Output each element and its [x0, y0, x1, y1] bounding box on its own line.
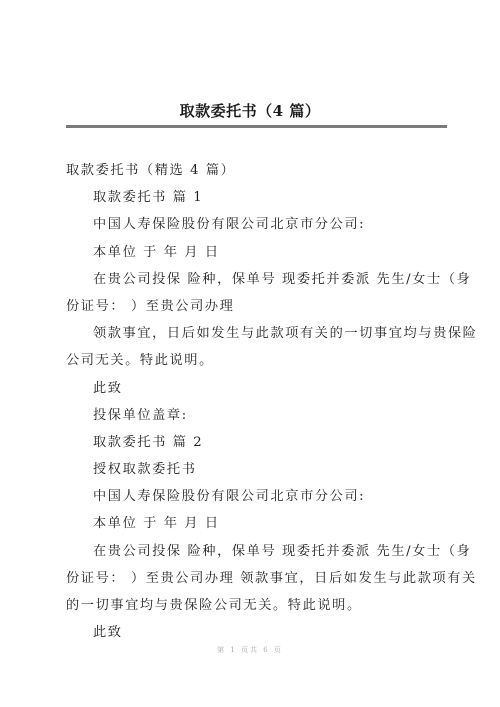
title-divider: [66, 125, 447, 128]
doc-line-8: 此致: [66, 375, 450, 402]
document-title: 取款委托书（4 篇）: [0, 100, 500, 121]
doc-line-0: 取款委托书（精选 4 篇）: [66, 157, 450, 184]
doc-line-16: 的一切事宜均与贵保险公司无关。特此说明。: [66, 592, 450, 619]
doc-line-11: 授权取款委托书: [66, 456, 450, 483]
doc-line-6: 领款事宜，日后如发生与此款项有关的一切事宜均与贵保险: [66, 320, 450, 347]
document-body: 取款委托书（精选 4 篇） 取款委托书 篇 1 中国人寿保险股份有限公司北京市分…: [66, 157, 450, 646]
doc-line-10: 取款委托书 篇 2: [66, 429, 450, 456]
doc-line-12: 中国人寿保险股份有限公司北京市分公司:: [66, 483, 450, 510]
doc-line-9: 投保单位盖章:: [66, 402, 450, 429]
document-page: 取款委托书（4 篇） 取款委托书（精选 4 篇） 取款委托书 篇 1 中国人寿保…: [0, 0, 500, 707]
doc-line-3: 本单位 于 年 月 日: [66, 239, 450, 266]
doc-line-4: 在贵公司投保 险种，保单号 现委托并委派 先生/女士（身: [66, 266, 450, 293]
doc-line-7: 公司无关。特此说明。: [66, 347, 450, 374]
doc-line-15: 份证号： ）至贵公司办理 领款事宜，日后如发生与此款项有关: [66, 565, 450, 592]
page-footer: 第 1 页共 6 页: [0, 645, 500, 655]
doc-line-13: 本单位 于 年 月 日: [66, 510, 450, 537]
doc-line-14: 在贵公司投保 险种，保单号 现委托并委派 先生/女士（身: [66, 538, 450, 565]
doc-line-5: 份证号： ）至贵公司办理: [66, 293, 450, 320]
doc-line-2: 中国人寿保险股份有限公司北京市分公司:: [66, 211, 450, 238]
doc-line-1: 取款委托书 篇 1: [66, 184, 450, 211]
doc-line-17: 此致: [66, 619, 450, 646]
